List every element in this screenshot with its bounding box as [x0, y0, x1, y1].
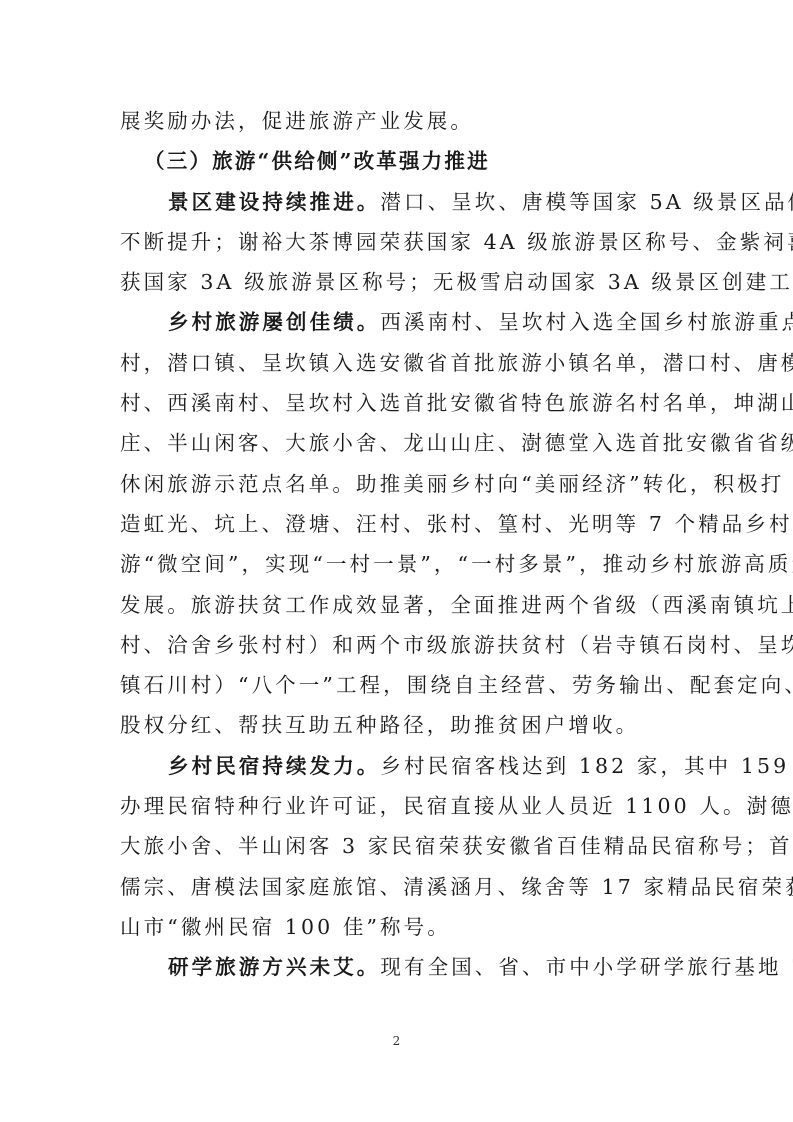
paragraph-text: 乡村民宿客栈达到 182 家，其中 159 家已	[380, 754, 793, 778]
paragraph-lead-study-tourism: 研学旅游方兴未艾。	[168, 955, 380, 979]
paragraph-line: 山市“徽州民宿 100 佳”称号。	[120, 907, 673, 947]
page-number: 2	[0, 1034, 793, 1048]
paragraph-line: 获国家 3A 级旅游景区称号；无极雪启动国家 3A 级景区创建工作。	[120, 262, 673, 302]
paragraph-tail-line: 展奖励办法，促进旅游产业发展。	[120, 101, 673, 141]
paragraph-line: 镇石川村）“八个一”工程，围绕自主经营、劳务输出、配套定向、	[120, 665, 673, 705]
paragraph-line: 大旅小舍、半山闲客 3 家民宿荣获安徽省百佳精品民宿称号；首善	[120, 826, 673, 866]
paragraph-homestays-line-1: 乡村民宿持续发力。乡村民宿客栈达到 182 家，其中 159 家已	[120, 746, 673, 786]
paragraph-line: 村、洽舍乡张村村）和两个市级旅游扶贫村（岩寺镇石岗村、呈坎	[120, 625, 673, 665]
paragraph-rural-tourism-line-1: 乡村旅游屡创佳绩。西溪南村、呈坎村入选全国乡村旅游重点	[120, 302, 673, 342]
paragraph-line: 办理民宿特种行业许可证，民宿直接从业人员近 1100 人。澍德堂、	[120, 786, 673, 826]
paragraph-line: 儒宗、唐模法国家庭旅馆、清溪涵月、缘舍等 17 家精品民宿荣获黄	[120, 867, 673, 907]
paragraph-text: 现有全国、省、市中小学研学旅行基地 7	[380, 955, 793, 979]
paragraph-text: 西溪南村、呈坎村入选全国乡村旅游重点	[380, 310, 793, 334]
paragraph-line: 不断提升；谢裕大茶博园荣获国家 4A 级旅游景区称号、金紫祠喜	[120, 222, 673, 262]
paragraph-line: 休闲旅游示范点名单。助推美丽乡村向“美丽经济”转化，积极打	[120, 464, 673, 504]
paragraph-lead-rural-tourism: 乡村旅游屡创佳绩。	[168, 310, 380, 334]
paragraph-study-tourism-line-1: 研学旅游方兴未艾。现有全国、省、市中小学研学旅行基地 7	[120, 947, 673, 987]
paragraph-scenic-areas-line-1: 景区建设持续推进。潜口、呈坎、唐模等国家 5A 级景区品位	[120, 182, 673, 222]
paragraph-line: 庄、半山闲客、大旅小舍、龙山山庄、澍德堂入选首批安徽省省级	[120, 423, 673, 463]
paragraph-lead-homestays: 乡村民宿持续发力。	[168, 754, 380, 778]
paragraph-line: 游“微空间”，实现“一村一景”，“一村多景”，推动乡村旅游高质量	[120, 544, 673, 584]
paragraph-line: 股权分红、帮扶互助五种路径，助推贫困户增收。	[120, 705, 673, 745]
paragraph-line: 村，潜口镇、呈坎镇入选安徽省首批旅游小镇名单，潜口村、唐模	[120, 343, 673, 383]
paragraph-text: 潜口、呈坎、唐模等国家 5A 级景区品位	[380, 190, 793, 214]
paragraph-lead-scenic-areas: 景区建设持续推进。	[168, 190, 380, 214]
section-heading: （三）旅游“供给侧”改革强力推进	[120, 141, 673, 181]
paragraph-line: 村、西溪南村、呈坎村入选首批安徽省特色旅游名村名单，坤湖山	[120, 383, 673, 423]
paragraph-line: 造虹光、坑上、澄塘、汪村、张村、篁村、光明等 7 个精品乡村旅	[120, 504, 673, 544]
document-body: 展奖励办法，促进旅游产业发展。 （三）旅游“供给侧”改革强力推进 景区建设持续推…	[120, 101, 673, 988]
document-page: 展奖励办法，促进旅游产业发展。 （三）旅游“供给侧”改革强力推进 景区建设持续推…	[0, 0, 793, 1122]
paragraph-line: 发展。旅游扶贫工作成效显著，全面推进两个省级（西溪南镇坑上	[120, 585, 673, 625]
